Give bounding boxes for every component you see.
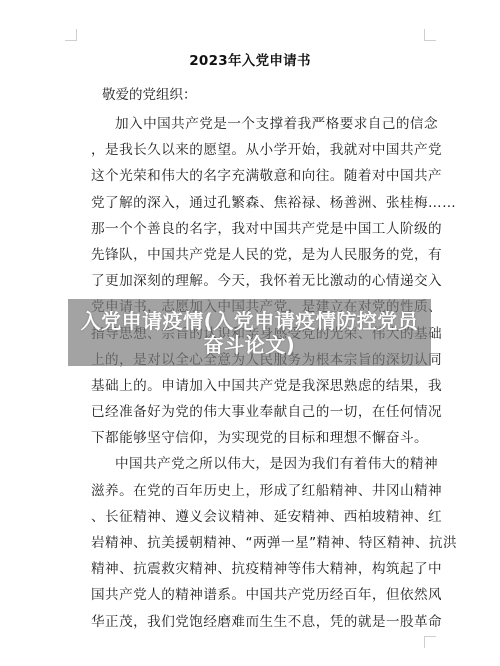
body-text-line: 滋养。在党的百年历史上，形成了红船精神、井冈山精神 — [91, 478, 425, 504]
overlay-caption: 入党申请疫情(入党申请疫情防控党员奋斗论文) — [68, 299, 431, 366]
body-text-line: 先锋队，中国共产党是人民的党，是为人民服务的党，有 — [91, 242, 425, 268]
body-text-line: 党了解的深入，通过孔繁森、焦裕禄、杨善洲、张桂梅…… — [91, 190, 425, 216]
body-text-line: 岩精神、抗美援朝精神、“两弹一星”精神、特区精神、抗洪 — [91, 530, 425, 556]
body-text-line: 已经准备好为党的伟大事业奉献自己的一切，在任何情况 — [91, 399, 425, 425]
body-text-line: 精神、抗震救灾精神、抗疫精神等伟大精神，构筑起了中 — [91, 556, 425, 582]
body-text-line: 下都能够坚守信仰，为实现党的目标和理想不懈奋斗。 — [91, 425, 425, 451]
body-text-line: 华正茂，我们党饱经磨难而生生不息，凭的就是一股革命 — [91, 609, 425, 635]
salutation: 敬爱的党组织： — [102, 83, 197, 103]
body-text-line: 这个光荣和伟大的名字充满敬意和向往。随着对中国共产 — [91, 163, 425, 189]
body-text-line: 、长征精神、遵义会议精神、延安精神、西柏坡精神、红 — [91, 504, 425, 530]
body-text-line: 国共产党人的精神谱系。中国共产党历经百年，但依然风 — [91, 582, 425, 608]
body-text-line: ，是我长久以来的愿望。从小学开始，我就对中国共产党 — [91, 137, 425, 163]
page-corner-mark-top-right — [424, 29, 436, 41]
body-text-line: 加入中国共产党是一个支撑着我严格要求自己的信念 — [91, 111, 425, 137]
page-corner-mark-bottom-right — [424, 636, 436, 648]
body-text-line: 中国共产党之所以伟大，是因为我们有着伟大的精神 — [91, 451, 425, 477]
body-text-line: 了更加深刻的理解。今天，我怀着无比激动的心情递交入 — [91, 268, 425, 294]
document-page: 2023年入党申请书 敬爱的党组织： 加入中国共产党是一个支撑着我严格要求自己的… — [0, 0, 500, 666]
body-text-line: 那一个个善良的名字，我对中国共产党是中国工人阶级的 — [91, 216, 425, 242]
document-body: 加入中国共产党是一个支撑着我严格要求自己的信念，是我长久以来的愿望。从小学开始，… — [91, 111, 425, 635]
document-title: 2023年入党申请书 — [0, 49, 500, 69]
body-text-line: 基础上的。申请加入中国共产党是我深思熟虑的结果，我 — [91, 373, 425, 399]
page-corner-mark-top-left — [65, 29, 77, 41]
